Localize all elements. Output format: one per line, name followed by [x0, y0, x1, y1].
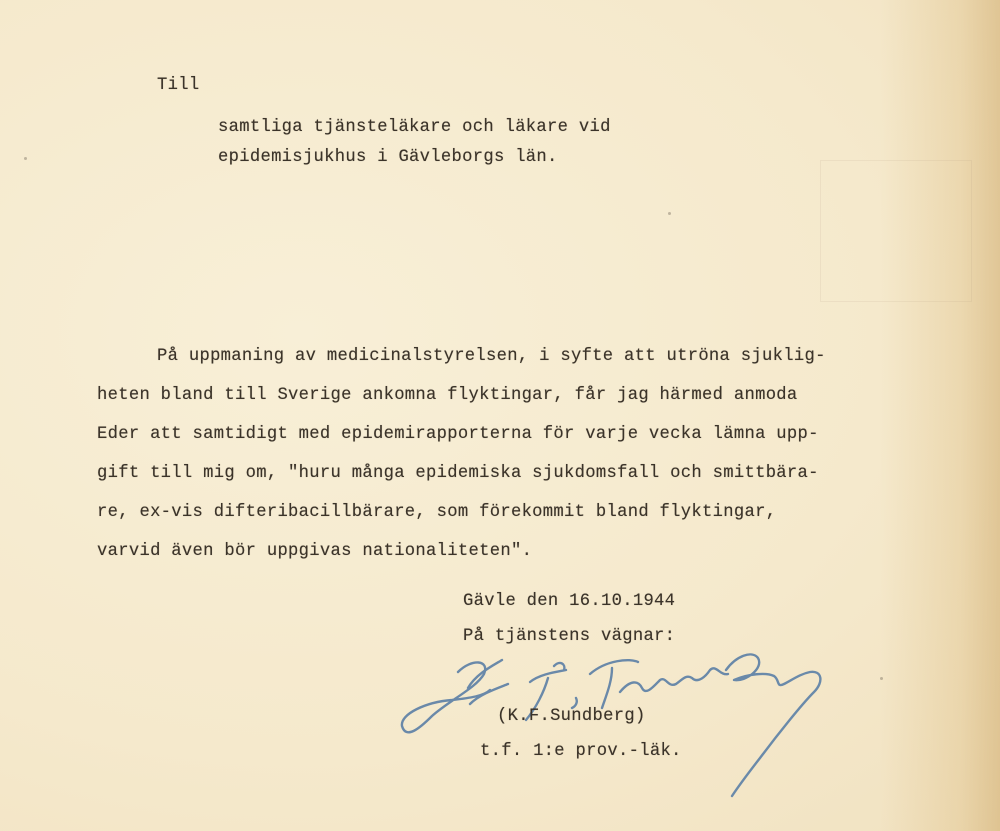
recipient-line: epidemisjukhus i Gävleborgs län. [218, 148, 558, 167]
show-through-mark [820, 160, 972, 302]
body-line: re, ex-vis difteribacillbärare, som före… [97, 503, 776, 522]
signatory-title: t.f. 1:e prov.-läk. [480, 742, 682, 761]
paper-speck [668, 212, 671, 215]
body-line: varvid även bör uppgivas nationaliteten"… [97, 542, 532, 561]
body-line: Eder att samtidigt med epidemirapportern… [97, 425, 819, 444]
body-line: På uppmaning av medicinalstyrelsen, i sy… [157, 347, 826, 366]
salutation: Till [157, 76, 199, 95]
paper-speck [24, 157, 27, 160]
recipient-line: samtliga tjänsteläkare och läkare vid [218, 118, 611, 137]
body-line: heten bland till Sverige ankomna flyktin… [97, 386, 798, 405]
body-line: gift till mig om, "huru många epidemiska… [97, 464, 819, 483]
place-date: Gävle den 16.10.1944 [463, 592, 675, 611]
paper-speck [880, 677, 883, 680]
signatory-name: (K.F.Sundberg) [497, 707, 646, 726]
